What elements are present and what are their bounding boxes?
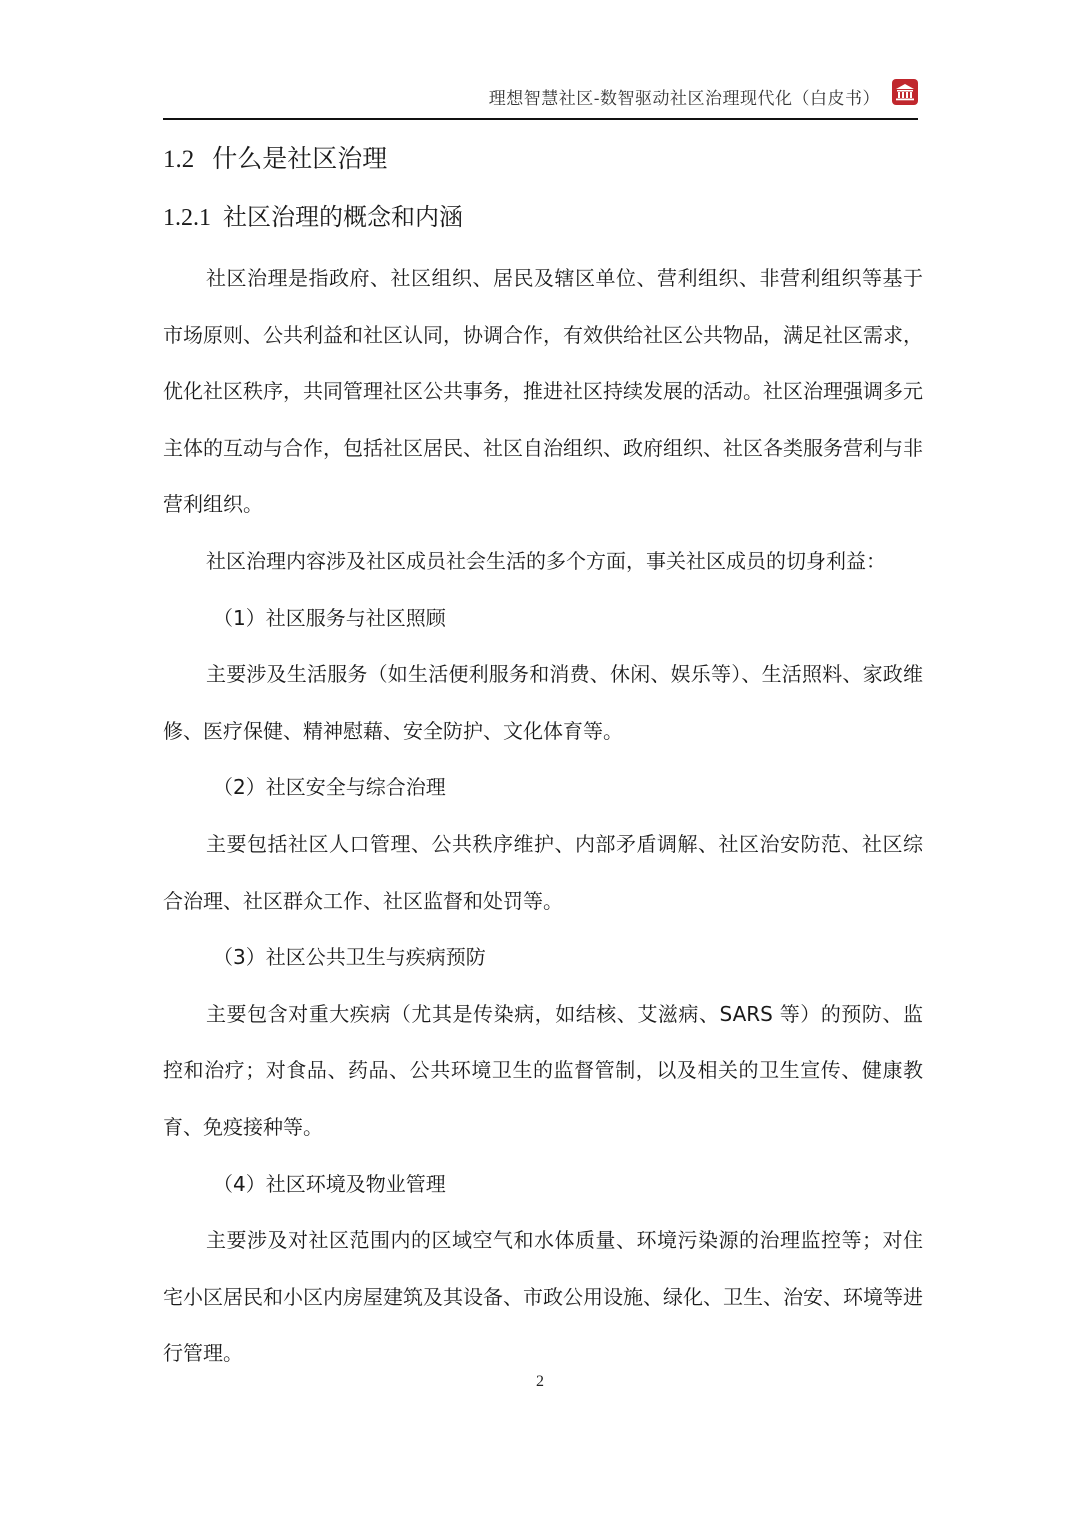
body-text: 社区治理是指政府、社区组织、居民及辖区单位、营利组织、非营利组织等基于市场原则、… [163,250,923,1382]
item-text: 主要包括社区人口管理、公共秩序维护、内部矛盾调解、社区治安防范、社区综合治理、社… [163,816,923,929]
section-heading: 1.2什么是社区治理 [163,141,387,178]
subsection-title: 社区治理的概念和内涵 [223,203,463,231]
paragraph-definition: 社区治理是指政府、社区组织、居民及辖区单位、营利组织、非营利组织等基于市场原则、… [163,250,923,533]
paragraph-scope: 社区治理内容涉及社区成员社会生活的多个方面，事关社区成员的切身利益： [163,533,923,590]
subsection-heading: 1.2.1社区治理的概念和内涵 [163,199,463,236]
item-heading: （4）社区环境及物业管理 [163,1156,923,1213]
section-title: 什么是社区治理 [212,144,387,173]
item-text: 主要涉及对社区范围内的区域空气和水体质量、环境污染源的治理监控等；对住宅小区居民… [163,1212,923,1382]
subsection-number: 1.2.1 [163,205,211,231]
page-header: 理想智慧社区-数智驱动社区治理现代化（白皮书） [163,74,918,120]
item-text: 主要涉及生活服务（如生活便利服务和消费、休闲、娱乐等）、生活照料、家政维修、医疗… [163,646,923,759]
item-heading: （1）社区服务与社区照顾 [163,590,923,647]
header-divider [163,118,918,120]
header-title: 理想智慧社区-数智驱动社区治理现代化（白皮书） [489,84,880,109]
institution-building-icon [892,79,918,105]
item-heading: （3）社区公共卫生与疾病预防 [163,929,923,986]
item-heading: （2）社区安全与综合治理 [163,759,923,816]
item-text: 主要包含对重大疾病（尤其是传染病，如结核、艾滋病、SARS 等）的预防、监控和治… [163,986,923,1156]
section-number: 1.2 [163,146,194,173]
page-number: 2 [0,1373,1080,1391]
